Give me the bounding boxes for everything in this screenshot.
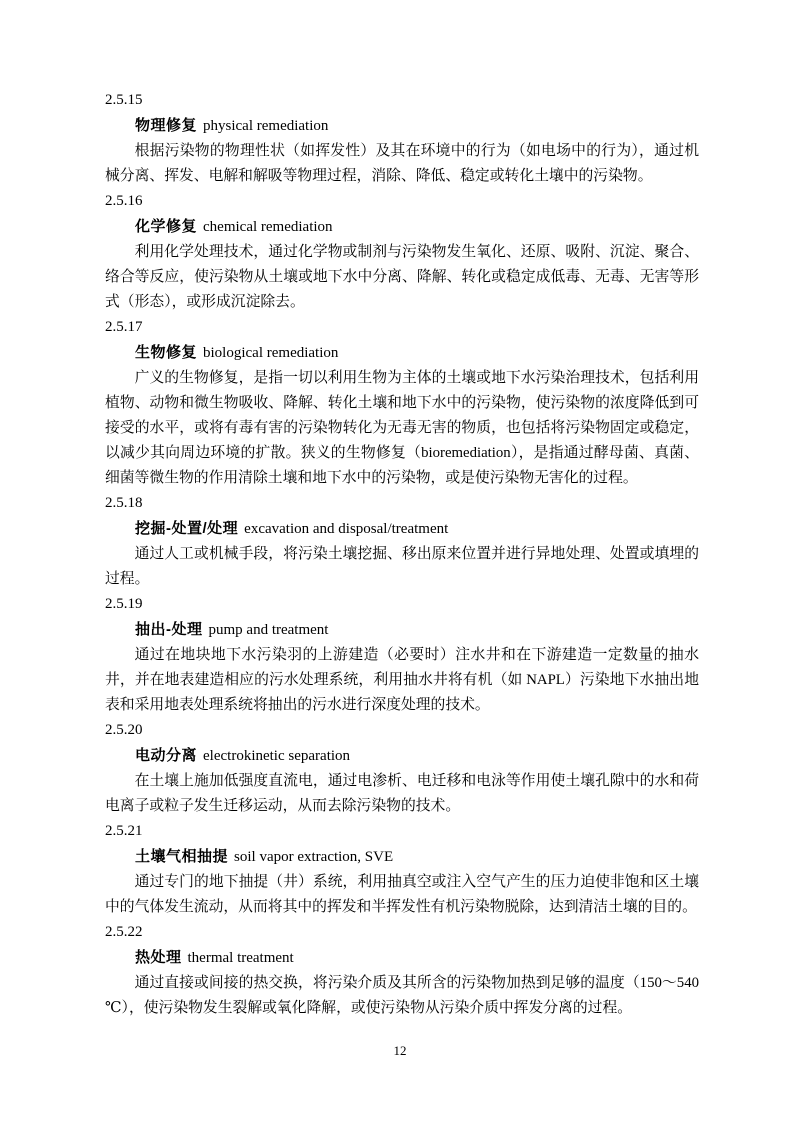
term-definition: 通过人工或机械手段，将污染土壤挖掘、移出原来位置并进行异地处理、处置或填埋的过程… — [105, 542, 699, 592]
term-chinese: 热处理 — [135, 949, 182, 966]
term-definition: 通过直接或间接的热交换，将污染介质及其所含的污染物加热到足够的温度（150～54… — [105, 971, 699, 1021]
section-number: 2.5.20 — [105, 718, 699, 743]
term-english: chemical remediation — [203, 219, 333, 235]
term-chinese: 生物修复 — [135, 344, 197, 361]
term-section: 2.5.19 抽出-处理pump and treatment 通过在地块地下水污… — [105, 592, 699, 718]
term-english: excavation and disposal/treatment — [244, 521, 448, 537]
section-number: 2.5.19 — [105, 592, 699, 617]
term-heading: 物理修复physical remediation — [105, 113, 699, 139]
term-definition: 利用化学处理技术，通过化学物或制剂与污染物发生氧化、还原、吸附、沉淀、聚合、络合… — [105, 240, 699, 315]
term-heading: 电动分离electrokinetic separation — [105, 743, 699, 769]
section-number: 2.5.22 — [105, 920, 699, 945]
document-page: 2.5.15 物理修复physical remediation 根据污染物的物理… — [105, 88, 699, 1021]
term-heading: 土壤气相抽提soil vapor extraction, SVE — [105, 844, 699, 870]
term-english: electrokinetic separation — [203, 748, 350, 764]
term-english: soil vapor extraction, SVE — [234, 849, 393, 865]
term-chinese: 土壤气相抽提 — [135, 848, 228, 865]
term-chinese: 物理修复 — [135, 117, 197, 134]
term-heading: 化学修复chemical remediation — [105, 214, 699, 240]
term-section: 2.5.15 物理修复physical remediation 根据污染物的物理… — [105, 88, 699, 189]
page-footer: 12 — [0, 1042, 800, 1060]
section-number: 2.5.15 — [105, 88, 699, 113]
term-chinese: 电动分离 — [135, 747, 197, 764]
terms-list: 2.5.15 物理修复physical remediation 根据污染物的物理… — [105, 88, 699, 1021]
section-number: 2.5.21 — [105, 819, 699, 844]
section-number: 2.5.16 — [105, 189, 699, 214]
term-section: 2.5.22 热处理thermal treatment 通过直接或间接的热交换，… — [105, 920, 699, 1021]
term-section: 2.5.21 土壤气相抽提soil vapor extraction, SVE … — [105, 819, 699, 920]
term-definition: 在土壤上施加低强度直流电，通过电渗析、电迁移和电泳等作用使土壤孔隙中的水和荷电离… — [105, 769, 699, 819]
term-heading: 抽出-处理pump and treatment — [105, 617, 699, 643]
term-english: biological remediation — [203, 345, 338, 361]
term-chinese: 抽出-处理 — [135, 621, 203, 638]
term-section: 2.5.20 电动分离electrokinetic separation 在土壤… — [105, 718, 699, 819]
term-section: 2.5.18 挖掘-处置/处理excavation and disposal/t… — [105, 491, 699, 592]
term-chinese: 化学修复 — [135, 218, 197, 235]
term-english: thermal treatment — [188, 950, 294, 966]
term-definition: 广义的生物修复，是指一切以利用生物为主体的土壤或地下水污染治理技术，包括利用植物… — [105, 366, 699, 491]
page-number: 12 — [394, 1043, 407, 1058]
term-section: 2.5.17 生物修复biological remediation 广义的生物修… — [105, 315, 699, 491]
term-heading: 生物修复biological remediation — [105, 340, 699, 366]
term-definition: 通过专门的地下抽提（井）系统，利用抽真空或注入空气产生的压力迫使非饱和区土壤中的… — [105, 870, 699, 920]
section-number: 2.5.17 — [105, 315, 699, 340]
term-chinese: 挖掘-处置/处理 — [135, 520, 238, 537]
term-english: pump and treatment — [209, 622, 329, 638]
term-definition: 根据污染物的物理性状（如挥发性）及其在环境中的行为（如电场中的行为），通过机械分… — [105, 139, 699, 189]
section-number: 2.5.18 — [105, 491, 699, 516]
term-heading: 挖掘-处置/处理excavation and disposal/treatmen… — [105, 516, 699, 542]
term-heading: 热处理thermal treatment — [105, 945, 699, 971]
term-section: 2.5.16 化学修复chemical remediation 利用化学处理技术… — [105, 189, 699, 315]
term-definition: 通过在地块地下水污染羽的上游建造（必要时）注水井和在下游建造一定数量的抽水井，并… — [105, 643, 699, 718]
term-english: physical remediation — [203, 118, 328, 134]
